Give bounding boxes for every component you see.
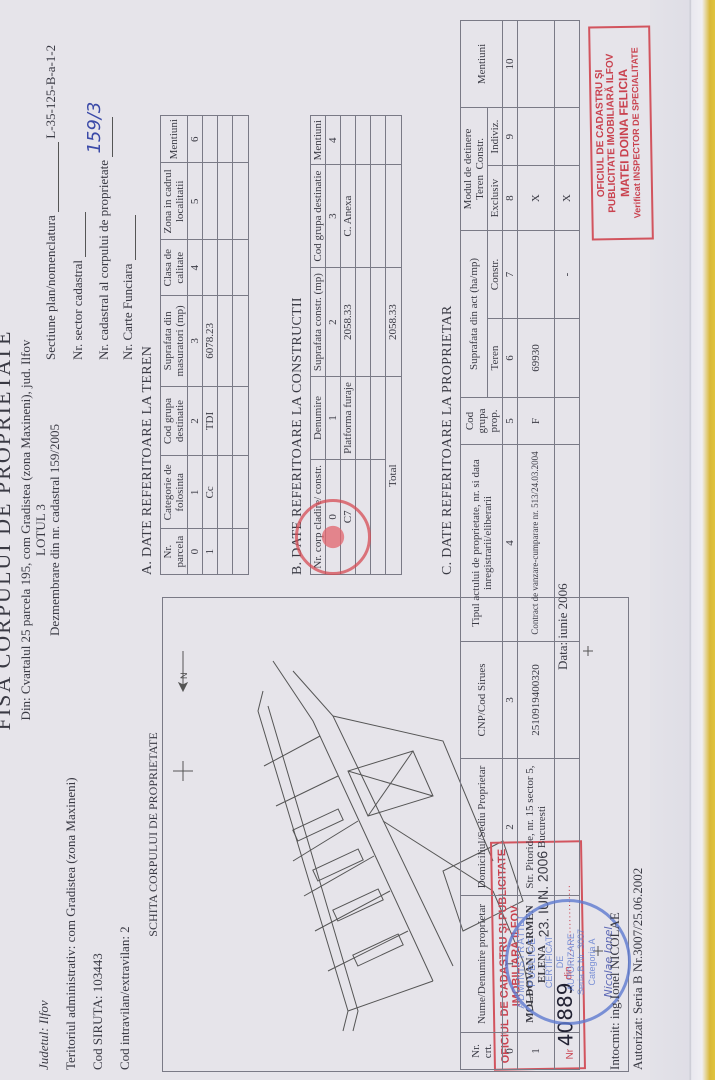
column-number: 1 — [188, 456, 203, 529]
intocmit-line: Intocmit: ing.Ionel NICOLAE — [607, 912, 623, 1070]
siruta-field: Cod SIRUTA: 103443 — [90, 953, 106, 1070]
table-cell — [555, 759, 580, 896]
sectiune-value: L-35-125-B-a-1-2 — [43, 45, 58, 139]
column-header: Zona in cadrul localitatii — [161, 163, 188, 240]
table-cell: 1 — [203, 529, 218, 575]
column-header: Nr. parcela — [161, 529, 188, 575]
column-number: 2 — [326, 267, 341, 377]
column-number: 9 — [503, 108, 518, 166]
table-row-empty — [218, 116, 233, 575]
sectiune-field: Sectiune plan/nomenclatura L-35-125-B-a-… — [43, 45, 59, 360]
column-number: 8 — [503, 166, 518, 231]
column-header: Suprafata din masuratori (mp) — [161, 296, 188, 386]
table-cell — [555, 108, 580, 166]
column-number: 0 — [503, 1033, 518, 1070]
table-cell — [555, 319, 580, 398]
column-number: 1 — [326, 377, 341, 459]
table-cell — [518, 108, 555, 166]
property-record-sheet: FISA CORPULUI DE PROPRIETATE Din: Cvarta… — [0, 0, 650, 1080]
column-number: 10 — [503, 21, 518, 108]
table-cell: X — [518, 166, 555, 231]
total-value: 2058.33 — [386, 267, 401, 377]
sectiune-label: Sectiune plan/nomenclatura — [43, 215, 58, 360]
table-cell — [203, 240, 218, 296]
column-number: 2 — [188, 386, 203, 456]
table-cell — [203, 116, 218, 163]
page-edge-binder — [650, 0, 715, 1080]
nr-cadastral-value: 159/3 — [84, 102, 105, 154]
table-cell: 1 — [518, 1033, 555, 1070]
document-title: FISA CORPULUI DE PROPRIETATE — [0, 250, 16, 810]
column-number: 6 — [188, 116, 203, 163]
table-cell: Contract de vanzare-cumparare nr. 513/24… — [518, 445, 555, 642]
column-number: 7 — [503, 230, 518, 318]
table-cell: 6078.23 — [203, 296, 218, 386]
column-number: 0 — [188, 529, 203, 575]
north-arrow-label: N — [179, 673, 189, 680]
judet-field: Judetul: Ilfov — [36, 1000, 52, 1070]
table-cell: C. Anexa — [341, 165, 356, 267]
column-header: Categorie de folosinta — [161, 456, 188, 529]
column-header: Cod grupa destinatie — [311, 165, 326, 267]
verification-stamp: OFICIUL DE CADASTRU ŞI PUBLICITATE IMOBI… — [588, 25, 654, 240]
table-cell — [341, 116, 356, 165]
column-number: 5 — [188, 163, 203, 240]
table-cell — [518, 21, 555, 108]
round-stamp-line: CERTIFICAT — [544, 902, 555, 1022]
red-round-seal — [295, 499, 371, 575]
table-cell: - — [555, 230, 580, 318]
sector-label: Nr. sector cadastral — [70, 260, 85, 360]
intravilan-field: Cod intravilan/extravilan: 2 — [117, 926, 133, 1070]
table-cell: 2510919400320 — [518, 642, 555, 759]
column-number: 3 — [326, 165, 341, 267]
table-cell — [555, 398, 580, 445]
column-number: 3 — [503, 642, 518, 759]
column-number: 3 — [188, 296, 203, 386]
column-number: 4 — [188, 240, 203, 296]
table-cell: Str. Pitoride, nr. 15 sector 5, Bucurest… — [518, 759, 555, 896]
section-a-table: Nr. parcelaCategorie de folosintaCod gru… — [160, 115, 249, 575]
origin-line: Din: Cvartalul 25 parcela 195, com Gradi… — [18, 250, 34, 810]
column-number: 4 — [503, 445, 518, 642]
section-a-title: A. DATE REFERITOARE LA TEREN — [140, 346, 156, 575]
column-number: 2 — [503, 759, 518, 896]
table-row-empty — [371, 116, 386, 575]
table-cell: 69930 — [518, 319, 555, 398]
table-cell — [518, 230, 555, 318]
round-stamp-line: Seria B Nr. 3007 — [576, 902, 587, 1022]
table-row-empty — [356, 116, 371, 575]
table-cell: Platforma furaje — [341, 377, 356, 459]
nr-cadastral-field: Nr. cadastral al corpului de proprietate… — [92, 62, 113, 360]
column-header: Mentiuni — [311, 116, 326, 165]
total-row: Total2058.33 — [386, 116, 401, 575]
table-row: 1CcTDI6078.23 — [203, 116, 218, 575]
column-number: 5 — [503, 398, 518, 445]
table-cell — [555, 1033, 580, 1070]
column-header: Mentiuni — [161, 116, 188, 163]
round-stamp-line: AUTORIZARE — [566, 902, 577, 1022]
table-cell: 2058.33 — [341, 267, 356, 377]
table-cell — [555, 21, 580, 108]
document-date: Data: iunie 2006 — [555, 583, 571, 670]
carte-funciara-field: Nr. Carte Funciara — [120, 215, 136, 360]
column-header: Suprafata constr. (mp) — [311, 267, 326, 377]
nr-cadastral-label: Nr. cadastral al corpului de proprietate — [96, 160, 111, 360]
column-number: 4 — [326, 116, 341, 165]
teritoriul-field: Teritoriul administrativ: com Gradistea … — [63, 777, 79, 1070]
table-cell: Cc — [203, 456, 218, 529]
round-stamp-line: Categoria A — [587, 902, 598, 1022]
column-number: 6 — [503, 319, 518, 398]
table-cell: X — [555, 166, 580, 231]
column-header: Clasa de calitate — [161, 240, 188, 296]
sector-field: Nr. sector cadastral — [70, 212, 86, 360]
table-cell — [203, 163, 218, 240]
total-label: Total — [386, 377, 401, 575]
autorizat-line: Autorizat: Seria B Nr.3007/25.06.2002 — [630, 868, 646, 1070]
round-stamp-line: DE — [555, 902, 566, 1022]
sketch-title: SCHITA CORPULUI DE PROPRIETATE — [146, 598, 161, 1071]
column-header: Cod grupa destinatie — [161, 386, 188, 456]
section-c-title: C. DATE REFERITOARE LA PROPRIETAR — [440, 306, 456, 576]
table-cell: F — [518, 398, 555, 445]
table-cell: TDI — [203, 386, 218, 456]
table-row-empty — [233, 116, 248, 575]
column-header: Denumire — [311, 377, 326, 459]
carte-funciara-label: Nr. Carte Funciara — [120, 264, 135, 360]
